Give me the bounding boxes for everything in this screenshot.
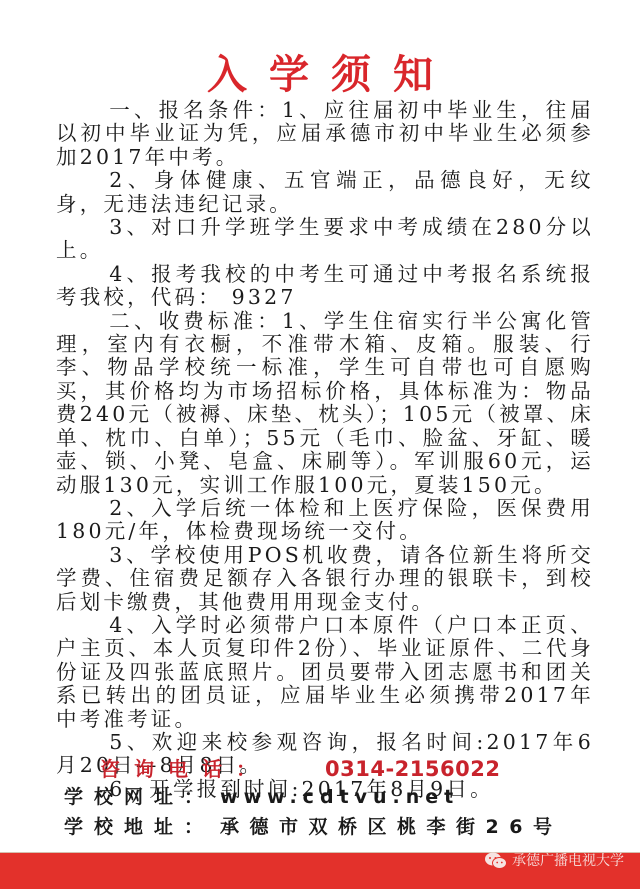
section-medical-insurance: 2、入学后统一体检和上医疗保险，医保费用180元/年，体检费现场统一交付。 bbox=[56, 497, 594, 544]
website-link[interactable]: www.cdtvu.net bbox=[220, 786, 459, 808]
page-title: 入学须知 bbox=[0, 50, 640, 100]
section-school-code: 4、报考我校的中考生可通过中考报名系统报考我校，代码： 9327 bbox=[56, 263, 594, 310]
section-fee-standards: 二、收费标准：1、学生住宿实行半公寓化管理，室内有衣橱，不准带木箱、皮箱。服装、… bbox=[56, 310, 594, 497]
contact-phone-number[interactable]: 0314-2156022 bbox=[325, 755, 500, 783]
section-health-requirement: 2、身体健康、五官端正，品德良好，无纹身，无违法违纪记录。 bbox=[56, 169, 594, 216]
section-required-documents: 4、入学时必须带户口本原件（户口本正页、户主页、本人页复印件2份）、毕业证原件、… bbox=[56, 614, 594, 731]
notice-body: 一、报名条件：1、应往届初中毕业生，往届以初中毕业证为凭，应届承德市初中毕业生必… bbox=[56, 99, 594, 801]
website-row: 学校网址：www.cdtvu.net bbox=[64, 784, 459, 810]
address-label: 学校地址： bbox=[64, 816, 214, 838]
footer-band: 承德广播电视大学 bbox=[0, 852, 640, 889]
wechat-icon bbox=[484, 852, 508, 870]
watermark: 承德广播电视大学 bbox=[484, 851, 624, 871]
section-pos-payment: 3、学校使用POS机收费，请各位新生将所交学费、住宿费足额存入各银行办理的银联卡… bbox=[56, 544, 594, 614]
section-score-requirement: 3、对口升学班学生要求中考成绩在280分以上。 bbox=[56, 216, 594, 263]
section-registration-conditions: 一、报名条件：1、应往届初中毕业生，往届以初中毕业证为凭，应届承德市初中毕业生必… bbox=[56, 99, 594, 169]
contact-phone-label: 咨询电话： bbox=[100, 757, 270, 781]
watermark-text: 承德广播电视大学 bbox=[512, 851, 624, 871]
website-label: 学校网址： bbox=[64, 786, 214, 808]
address-row: 学校地址：承德市双桥区桃李街26号 bbox=[64, 814, 562, 840]
contact-phone-row: 咨询电话： 0314-2156022 bbox=[100, 755, 270, 783]
address-value: 承德市双桥区桃李街26号 bbox=[220, 816, 562, 838]
